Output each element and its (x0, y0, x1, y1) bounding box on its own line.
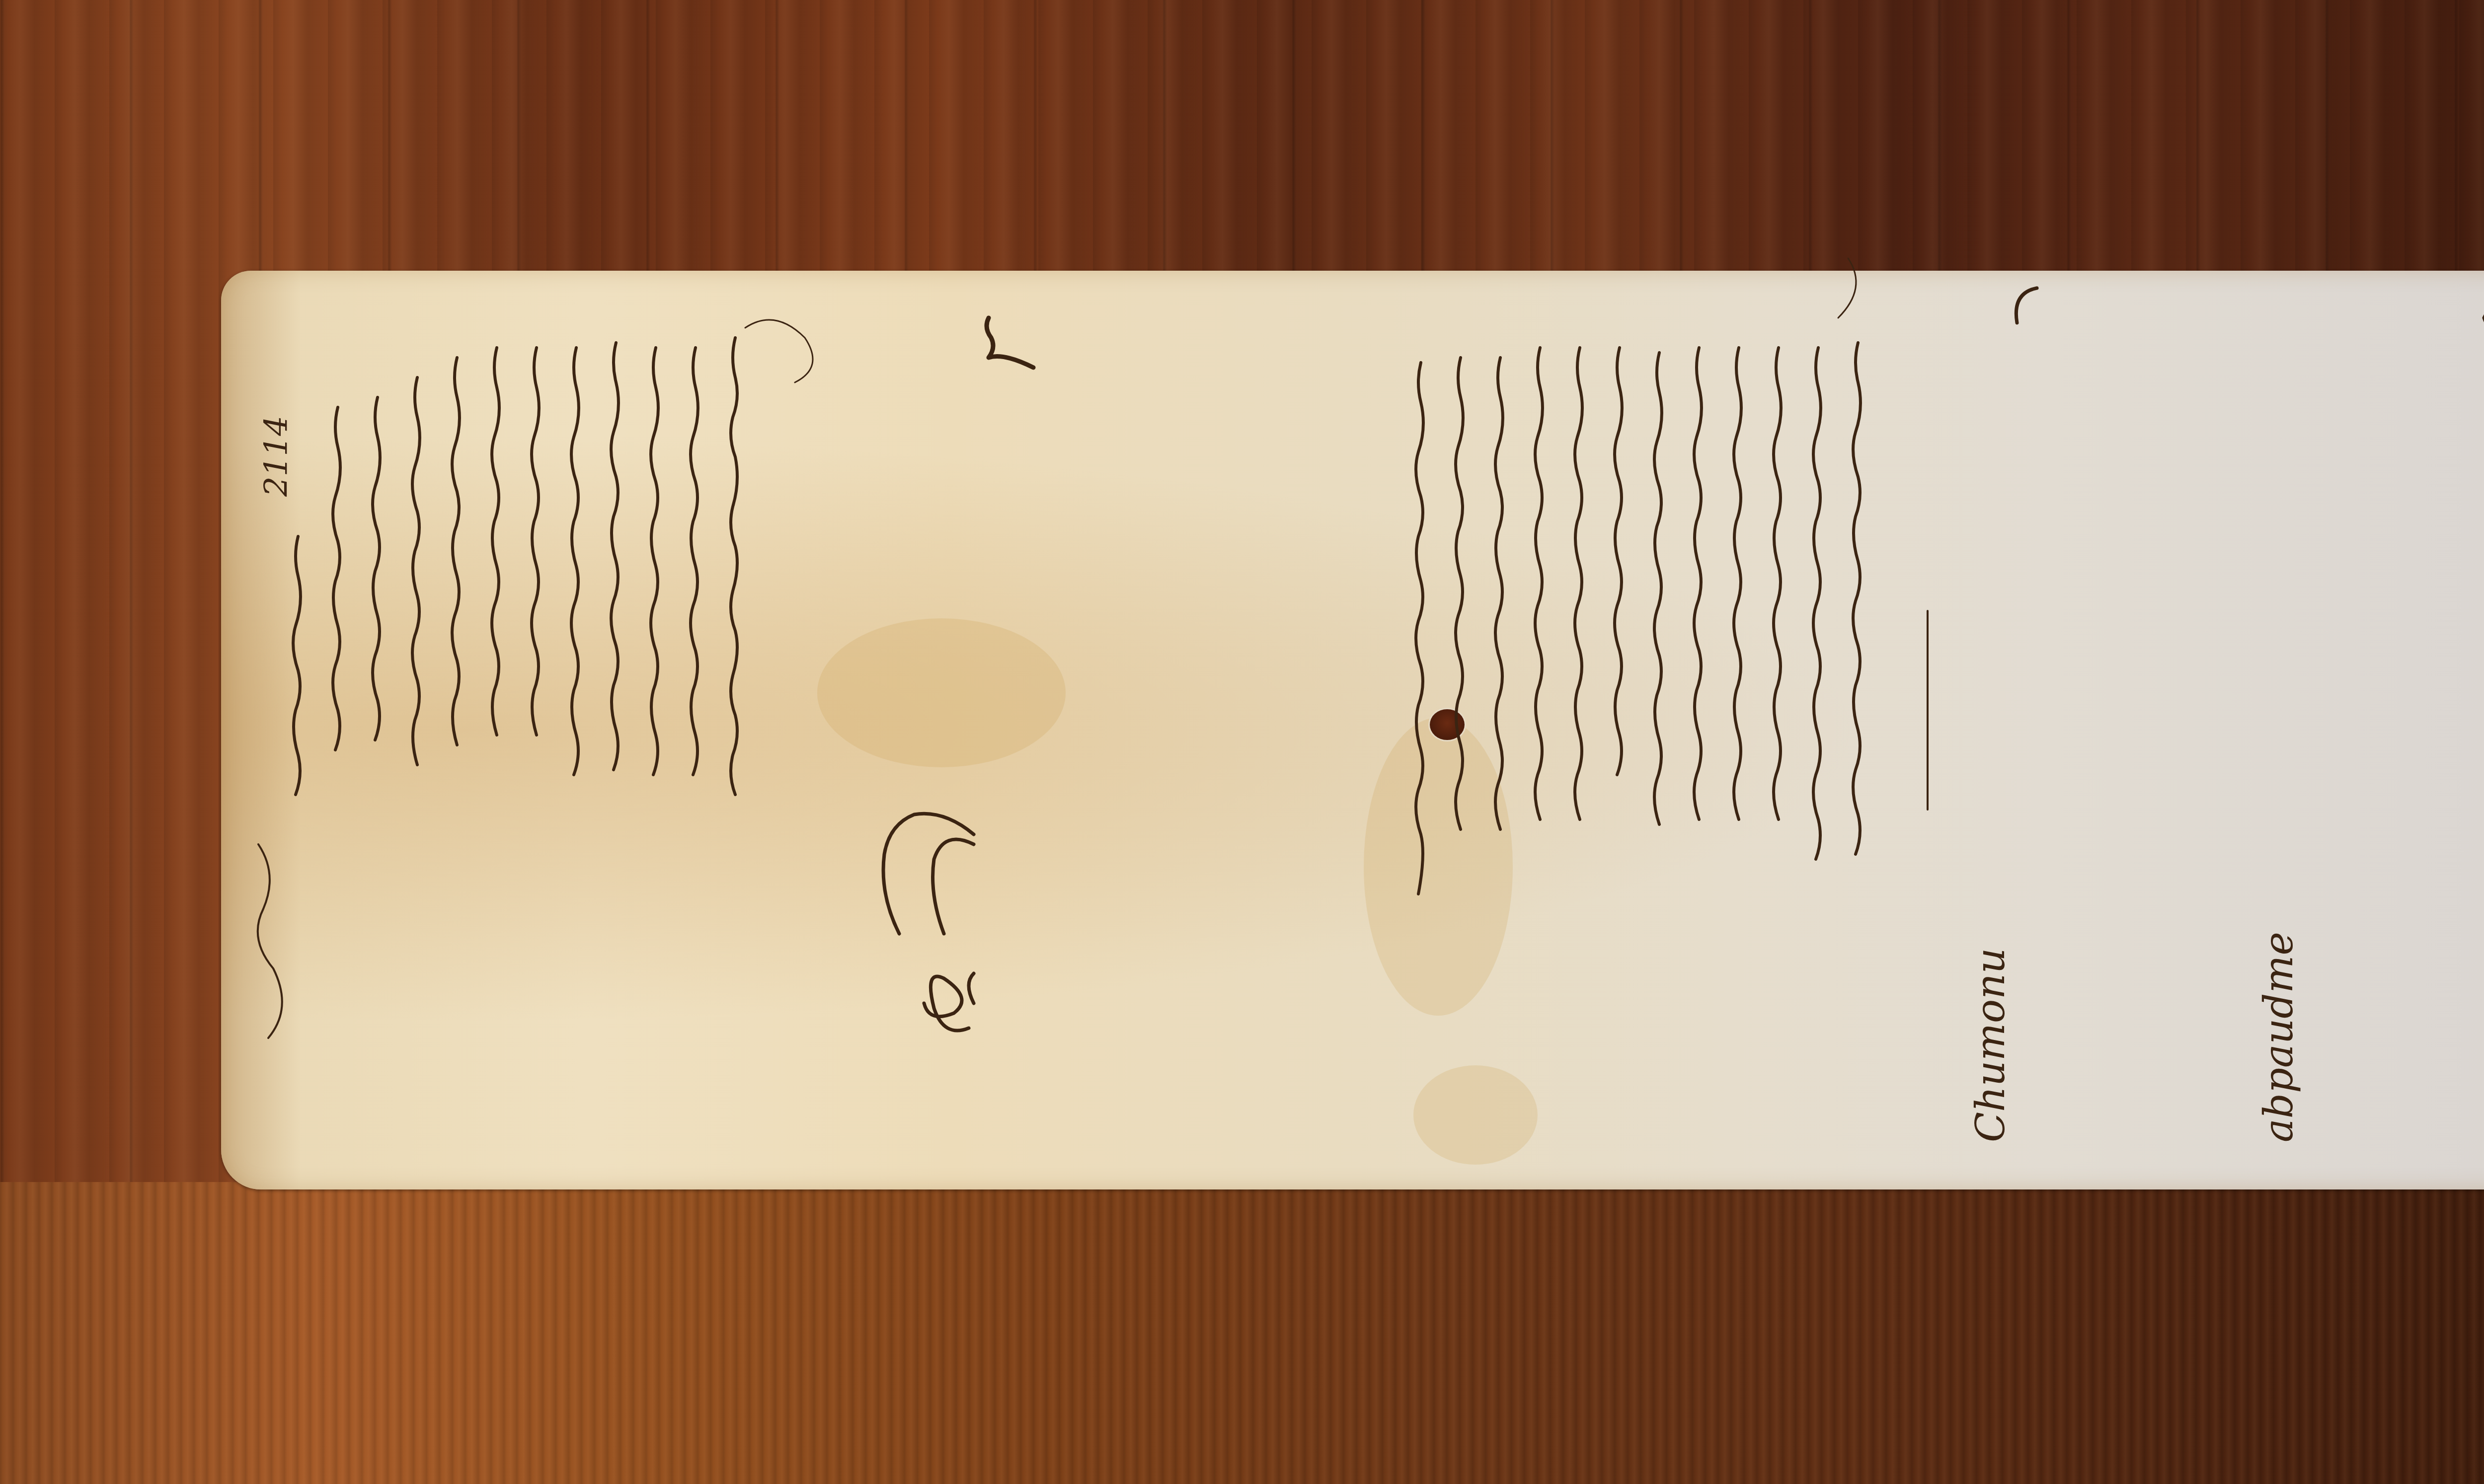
folio-number: 2114 (258, 416, 295, 497)
puncture-hole (1430, 709, 1465, 740)
foxing-stain (1413, 1065, 1538, 1165)
foxing-stain (1364, 718, 1513, 1016)
manuscript-page (221, 271, 2484, 1189)
foxing-stain (817, 618, 1066, 767)
wood-table-lower (0, 1182, 2484, 1484)
margin-note: abpaudme (2255, 932, 2302, 1142)
margin-note: Chumonu (1967, 948, 2014, 1142)
